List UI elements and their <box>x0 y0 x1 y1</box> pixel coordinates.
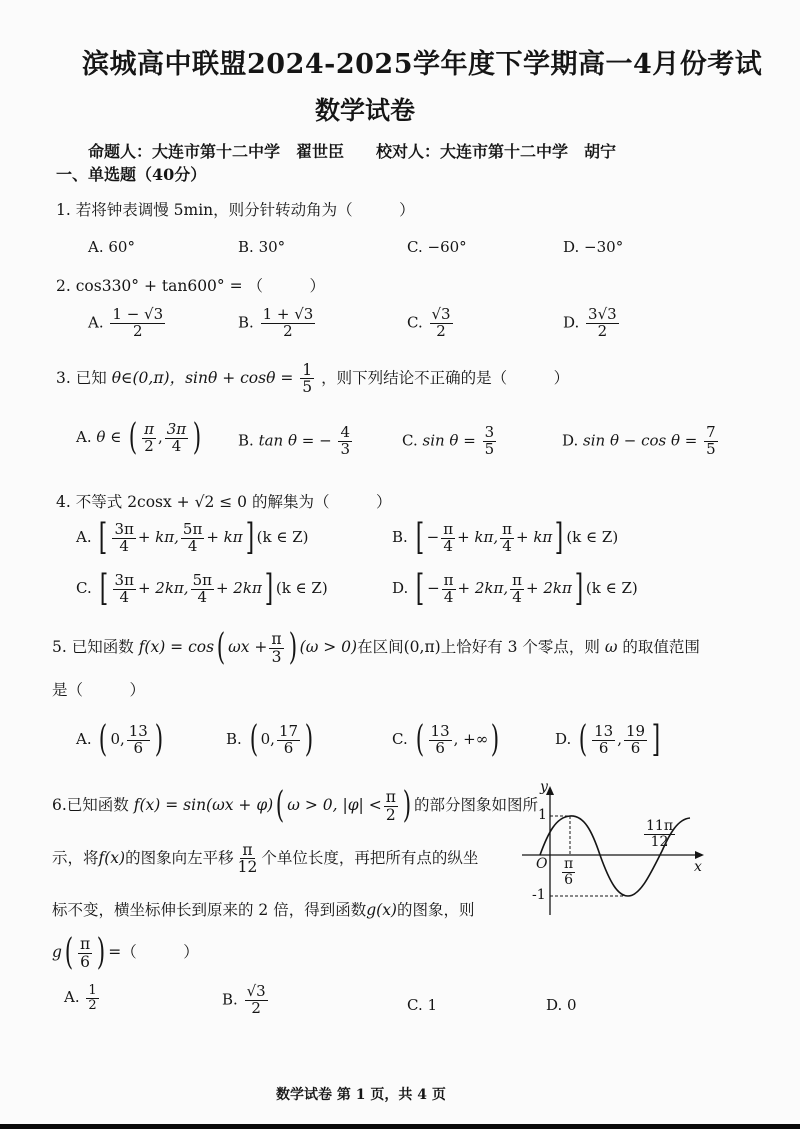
option-expression: tan θ = − <box>259 431 332 449</box>
question-expression: cos330° + tan600° = <box>76 277 243 295</box>
answer-blank: （ ） <box>248 277 326 295</box>
fraction: 136 <box>592 724 615 757</box>
question-text: 不等式 <box>76 493 123 511</box>
fraction: 5π4 <box>181 522 204 555</box>
option-label: D. <box>563 238 579 256</box>
question-number: 6. <box>52 796 67 814</box>
fraction: √32 <box>245 984 268 1017</box>
right-bracket: ] <box>555 520 563 556</box>
fraction: 196 <box>624 724 647 757</box>
q4-option-c[interactable]: C. [3π4+ 2kπ,5π4+ 2kπ](k ∈ Z) <box>76 571 328 607</box>
fraction: 1 + √32 <box>261 307 316 340</box>
q5-option-c[interactable]: C. (136, +∞) <box>392 722 502 758</box>
fraction: π2 <box>142 422 156 455</box>
question-number: 4. <box>56 493 71 511</box>
right-bracket: ] <box>245 520 253 556</box>
question-expression: θ∈(0,π)，sinθ + cosθ = <box>112 369 294 387</box>
q2-option-c[interactable]: C. √32 <box>407 307 455 340</box>
fraction: 12 <box>86 984 98 1012</box>
x-tick-pi-over-6: π6 <box>562 857 575 887</box>
sine-graph: y x O 1 -1 π6 11π12 <box>510 775 730 925</box>
q3-option-c[interactable]: C. sin θ = 35 <box>402 425 498 458</box>
question-number: 1. <box>56 201 71 219</box>
question-6-line1: 6.已知函数 f(x) = sin(ωx + φ)(ω > 0, |φ| <π2… <box>52 788 538 824</box>
left-paren: ( <box>217 630 225 666</box>
left-bracket: [ <box>99 571 107 607</box>
exam-subtitle: 数学试卷 <box>315 91 415 127</box>
q3-option-b[interactable]: B. tan θ = − 43 <box>238 425 354 458</box>
option-expression: sin θ = <box>423 431 476 449</box>
fraction: 136 <box>429 724 452 757</box>
q5-option-a[interactable]: A. (0,136) <box>76 722 166 758</box>
fraction: π12 <box>236 842 260 876</box>
right-paren: ) <box>288 630 296 666</box>
q5-option-d[interactable]: D. (136,196] <box>555 722 663 758</box>
fraction: 3π4 <box>165 422 188 455</box>
right-paren: ) <box>193 420 201 456</box>
y-max-label: 1 <box>538 807 547 823</box>
right-bracket: ] <box>575 571 583 607</box>
option-label: C. <box>392 730 408 748</box>
option-label: C. <box>407 313 423 331</box>
left-bracket: [ <box>416 571 424 607</box>
q4-option-b[interactable]: B. [−π4+ kπ,π4+ kπ](k ∈ Z) <box>392 520 618 556</box>
q4-option-d[interactable]: D. [−π4+ 2kπ,π4+ 2kπ](k ∈ Z) <box>392 571 638 607</box>
right-bracket: ] <box>265 571 273 607</box>
question-expression: f(x) = cos <box>139 638 214 656</box>
question-stem: 若将钟表调慢 5min，则分针转动角为（ ） <box>76 201 415 219</box>
option-label: A. <box>88 313 104 331</box>
question-6-line2: 示，将f(x)的图象向左平移π12个单位长度，再把所有点的纵坐 <box>52 842 478 876</box>
x-tick-11pi-over-12: 11π12 <box>644 819 675 849</box>
option-label: C. <box>402 431 418 449</box>
fraction: 43 <box>338 425 352 458</box>
option-label: B. <box>226 730 242 748</box>
option-label: D. <box>392 579 408 597</box>
option-label: C. <box>407 238 423 256</box>
q6-option-a[interactable]: A. 12 <box>64 984 101 1012</box>
q1-option-c[interactable]: C. −60° <box>407 238 467 256</box>
fraction: π4 <box>441 522 455 555</box>
fraction: 1 − √32 <box>110 307 165 340</box>
option-text: −30° <box>584 238 623 256</box>
question-text: 已知函数 <box>72 638 134 656</box>
option-label: D. <box>546 996 562 1014</box>
fraction: 3π4 <box>113 573 136 606</box>
question-text: ，则下列结论不正确的是（ ） <box>321 369 569 387</box>
author-line: 命题人：大连市第十二中学 翟世臣 校对人：大连市第十二中学 胡宁 <box>88 139 616 162</box>
x-axis-label: x <box>694 859 702 875</box>
question-text: 已知 <box>76 369 107 387</box>
option-label: C. <box>407 996 423 1014</box>
option-label: D. <box>555 730 571 748</box>
q6-option-c[interactable]: C. 1 <box>407 996 437 1014</box>
left-bracket: [ <box>99 520 107 556</box>
exam-title: 滨城高中联盟2024-2025学年度下学期高一4月份考试 <box>82 42 762 81</box>
question-6-line3: 标不变，横坐标伸长到原来的 2 倍，得到函数g(x)的图象，则 <box>52 898 475 920</box>
fraction: 176 <box>277 724 300 757</box>
q3-option-a[interactable]: A. θ ∈ (π2,3π4) <box>76 420 204 456</box>
bottom-edge <box>0 1124 800 1129</box>
option-text: 30° <box>259 238 286 256</box>
question-2: 2. cos330° + tan600° = （ ） <box>56 274 325 296</box>
q1-option-d[interactable]: D. −30° <box>563 238 623 256</box>
option-label: D. <box>563 313 579 331</box>
option-expression: θ ∈ <box>96 428 121 446</box>
option-text: 0 <box>567 996 577 1014</box>
page-footer: 数学试卷 第 1 页，共 4 页 <box>276 1084 446 1104</box>
fraction: π4 <box>510 573 524 606</box>
section-heading: 一、单选题（40分） <box>56 162 206 185</box>
option-label: A. <box>76 730 92 748</box>
fraction: √32 <box>430 307 453 340</box>
origin-label: O <box>536 856 547 872</box>
fraction: π4 <box>500 522 514 555</box>
question-3: 3. 已知 θ∈(0,π)，sinθ + cosθ = 15 ，则下列结论不正确… <box>56 362 569 396</box>
left-paren: ( <box>129 420 137 456</box>
y-min-label: -1 <box>532 887 546 903</box>
option-label: A. <box>64 988 80 1006</box>
q5-option-b[interactable]: B. (0,176) <box>226 722 316 758</box>
option-label: A. <box>76 528 92 546</box>
question-5-line2: 是（ ） <box>52 678 145 700</box>
question-text: 的解集为（ ） <box>252 493 392 511</box>
q2-option-b[interactable]: B. 1 + √32 <box>238 307 317 340</box>
q6-option-d[interactable]: D. 0 <box>546 996 577 1014</box>
q1-option-b[interactable]: B. 30° <box>238 238 285 256</box>
fraction: π4 <box>442 573 456 606</box>
option-label: B. <box>238 431 254 449</box>
option-label: B. <box>392 528 408 546</box>
option-label: B. <box>222 990 238 1008</box>
option-label: D. <box>562 431 578 449</box>
question-expression: 2cosx + √2 ≤ 0 <box>127 493 247 511</box>
fraction: π2 <box>384 789 398 823</box>
option-label: B. <box>238 238 254 256</box>
question-1: 1. 若将钟表调慢 5min，则分针转动角为（ ） <box>56 198 415 220</box>
y-axis-label: y <box>540 779 548 795</box>
q3-option-d[interactable]: D. sin θ − cos θ = 75 <box>562 425 720 458</box>
question-number: 2. <box>56 277 71 295</box>
option-label: C. <box>76 579 92 597</box>
left-bracket: [ <box>415 520 423 556</box>
fraction: 136 <box>127 724 150 757</box>
question-5: 5. 已知函数 f(x) = cos(ωx +π3)(ω > 0)在区间(0,π… <box>52 630 700 666</box>
option-label: B. <box>238 313 254 331</box>
q4-option-a[interactable]: A. [3π4+ kπ,5π4+ kπ](k ∈ Z) <box>76 520 309 556</box>
question-4: 4. 不等式 2cosx + √2 ≤ 0 的解集为（ ） <box>56 490 392 512</box>
option-label: A. <box>76 428 92 446</box>
fraction: 35 <box>483 425 497 458</box>
option-text: 1 <box>428 996 438 1014</box>
q2-option-d[interactable]: D. 3√32 <box>563 307 621 340</box>
fraction: 3π4 <box>112 522 135 555</box>
fraction: 3√32 <box>586 307 619 340</box>
fraction: π6 <box>78 936 92 970</box>
q2-option-a[interactable]: A. 1 − √32 <box>88 307 167 340</box>
q6-option-b[interactable]: B. √32 <box>222 984 270 1017</box>
option-text: 60° <box>108 238 135 256</box>
question-number: 5. <box>52 638 67 656</box>
fraction: 5π4 <box>191 573 214 606</box>
option-expression: sin θ − cos θ = <box>583 431 697 449</box>
fraction: 75 <box>704 425 718 458</box>
x-axis-arrow-icon <box>695 851 704 859</box>
fraction: 15 <box>300 362 314 396</box>
option-text: −60° <box>428 238 467 256</box>
q1-option-a[interactable]: A. 60° <box>88 238 135 256</box>
fraction: π3 <box>269 631 283 665</box>
option-label: A. <box>88 238 104 256</box>
question-6-line4: g(π6)=（ ） <box>52 935 199 971</box>
question-number: 3. <box>56 369 71 387</box>
